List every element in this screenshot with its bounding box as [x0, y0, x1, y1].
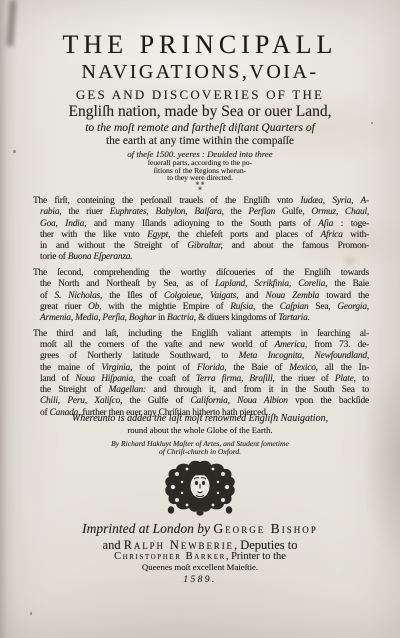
paragraph-part-third: The third and laſt, including the Engliſ… [33, 329, 369, 419]
text-segment: Mexico, [289, 363, 318, 373]
text-segment: Magellan: [109, 385, 146, 395]
text-segment: Sea, [309, 302, 338, 312]
text-line: ther with the like vnto Egypt, the chief… [33, 230, 369, 241]
text-segment: all the In- [318, 363, 369, 373]
text-segment: with- [343, 230, 369, 240]
byline-line-2: of Chriſt-church in Oxford. [0, 447, 400, 456]
text-segment: Florida, [197, 363, 226, 373]
text-segment: California, Noua Albion [191, 396, 288, 406]
title-line-4: Engliſh nation, made by Sea or ouer Land… [0, 103, 400, 121]
text-segment: the riuer [61, 207, 109, 217]
text-segment: the maine of [40, 363, 101, 373]
text-segment: the chiefeſt ports and places of [170, 230, 320, 240]
addendum-line-1: Whereunto is added the laſt moſt renowme… [0, 413, 400, 424]
text-segment: Colgoieue, Vaigats, [164, 291, 238, 301]
text-segment: Perſian [248, 207, 275, 217]
text-segment: ther with the like vnto [40, 230, 147, 240]
text-segment: in and without the Streight of [40, 241, 187, 251]
summary-paragraphs: The firſt, conteining the perſonall trau… [33, 196, 369, 423]
text-line: of S. Nicholas, the Iſles of Colgoieue, … [33, 291, 369, 302]
text-segment: the [255, 302, 280, 312]
text-segment: Meta Incognita, Newfoundland, [239, 351, 369, 361]
imprint-line-3: Christopher Barker, Printer to the [0, 551, 400, 562]
text-segment: and about the famous Promon- [223, 241, 369, 251]
text-segment: & diuers kingdoms of [196, 313, 278, 323]
imprint-line-4: Queenes moſt excellent Maieſtie. [0, 562, 400, 572]
text-segment: Virginia, [101, 363, 132, 373]
text-segment: Lapland, Scrikfinia, Corelia, [215, 279, 327, 289]
text-line: the North and Northeaſt by Sea, as of La… [33, 279, 369, 290]
text-segment: Iudæa, Syria, A- [300, 196, 369, 206]
text-segment: George Bishop [213, 521, 317, 536]
text-segment: the point of [132, 363, 197, 373]
addendum-line-2: round about the whole Globe of the Earth… [0, 425, 400, 435]
text-line: The third and laſt, including the Engliſ… [33, 329, 369, 340]
text-segment: vpon the backſide [288, 396, 369, 406]
text-segment: Christopher Barker [114, 551, 226, 562]
text-segment: toward the [319, 291, 369, 301]
text-segment: Ralph Newberie [124, 538, 234, 552]
text-segment: and [238, 291, 265, 301]
text-segment: Georgia, [337, 302, 369, 312]
text-segment: with the mightie Empire of [101, 302, 230, 312]
text-segment: and many Iſlands adioyning to the South … [86, 219, 318, 229]
text-segment: Noua Zembla [266, 291, 320, 301]
asterism-ornament: ⁎ ⁎ ⁎ [0, 181, 400, 191]
text-line: The firſt, conteining the perſonall trau… [33, 196, 369, 207]
text-segment: Euphrates, Babylon, Balſara, [110, 207, 224, 217]
paragraph-part-first: The firſt, conteining the perſonall trau… [33, 196, 369, 264]
text-line: the maine of Virginia, the point of Flor… [33, 363, 369, 374]
text-line: Armenia, Media, Perſia, Boghar in Bactri… [33, 313, 369, 324]
text-segment: the North and Northeaſt by Sea, as of [40, 279, 215, 289]
text-segment: , Printer to the [226, 551, 286, 562]
text-segment: Ob, [88, 302, 101, 312]
text-segment: from 73. de- [307, 340, 369, 350]
text-line: moſt all the corners of the vaſte and ne… [33, 340, 369, 351]
imprint-date: 1589. [0, 575, 400, 585]
text-line: Goa, India, and many Iſlands adioyning t… [33, 219, 369, 230]
text-segment: and [103, 538, 124, 552]
text-line: land of Noua Hiſpania, the coaſt of Terr… [33, 374, 369, 385]
text-segment: the Gulfe of [122, 396, 190, 406]
text-segment: Tartaria. [278, 313, 309, 323]
imprint-line-1: Imprinted at London by George Bishop [0, 521, 400, 537]
text-segment: Ruſsia, [230, 302, 255, 312]
text-segment: Gibraltar, [187, 241, 222, 251]
paragraph-part-second: The ſecond, comprehending the worthy diſ… [33, 268, 369, 324]
text-segment: moſt all the corners of the vaſte and ne… [40, 340, 275, 350]
text-segment: The ſecond, comprehending the worthy diſ… [33, 268, 369, 278]
text-segment: the Streight of [40, 385, 109, 395]
text-segment: Goa, India, [40, 219, 86, 229]
title-line-6: the earth at any time within the compaſſ… [0, 135, 400, 147]
text-segment: Bactria, [167, 313, 196, 323]
text-segment: in [156, 313, 167, 323]
title-line-3: GES AND DISCOVERIES OF THE [0, 87, 400, 103]
text-segment: Gulfe, [275, 207, 311, 217]
text-segment: Imprinted at London by [82, 521, 213, 536]
text-segment: The third and laſt, including the Engliſ… [33, 329, 369, 339]
text-segment: and through it, and from it in the South… [146, 385, 369, 395]
text-segment: America, [275, 340, 308, 350]
asterism-row-bottom: ⁎ [0, 186, 400, 191]
text-segment: Ormuz, Chaul, [311, 207, 369, 217]
text-line: torie of Buona Eſperanza. [33, 252, 369, 263]
text-segment: the Iſles of [102, 291, 164, 301]
title-page: THE PRINCIPALL NAVIGATIONS,VOIA- GES AND… [0, 0, 400, 638]
text-line: grees of Northerly latitude Southward, t… [33, 351, 369, 362]
text-segment: Armenia, Media, Perſia, Boghar [40, 313, 156, 323]
text-segment: The firſt, conteining the perſonall trau… [33, 196, 300, 206]
text-segment: rabia, [40, 207, 61, 217]
text-segment: torie of [40, 252, 68, 262]
text-segment: great riuer [40, 302, 88, 312]
text-line: Chili, Peru, Xaliſco, the Gulfe of Calif… [33, 396, 369, 407]
text-line: The ſecond, comprehending the worthy diſ… [33, 268, 369, 279]
text-segment: S. Nicholas, [55, 291, 103, 301]
text-segment: of [40, 291, 55, 301]
text-segment: Noua Hiſpania, [75, 374, 135, 384]
text-segment: the [224, 207, 249, 217]
text-line: great riuer Ob, with the mightie Empire … [33, 302, 369, 313]
text-segment: to [356, 374, 369, 384]
title-line-2: NAVIGATIONS,VOIA- [0, 61, 400, 84]
text-segment: Egypt, [147, 230, 170, 240]
text-segment: : toge- [333, 219, 369, 229]
text-segment: Plate, [335, 374, 356, 384]
text-segment: Caſpian [280, 302, 309, 312]
paper-speck [30, 612, 32, 615]
text-segment: Buona Eſperanza. [68, 252, 133, 262]
text-segment: , Deputies to [234, 538, 298, 552]
text-segment: Africa [320, 230, 342, 240]
title-line-5: to the moſt remote and fartheſt diſtant … [0, 122, 400, 134]
text-line: rabia, the riuer Euphrates, Babylon, Bal… [33, 207, 369, 218]
text-segment: the coaſt of [135, 374, 196, 384]
text-segment: the riuer of [275, 374, 335, 384]
text-line: in and without the Streight of Gibraltar… [33, 241, 369, 252]
title-line-1: THE PRINCIPALL [0, 30, 400, 60]
text-segment: Chili, Peru, Xaliſco, [40, 396, 122, 406]
text-segment: the Baie [327, 279, 369, 289]
text-segment: the Baie of [226, 363, 289, 373]
text-segment: grees of Northerly latitude Southward, t… [40, 351, 239, 361]
text-segment: land of [40, 374, 75, 384]
printers-device-mask-ornament-icon [163, 458, 237, 516]
text-line: the Streight of Magellan: and through it… [33, 385, 369, 396]
text-segment: Aſia [318, 219, 333, 229]
text-segment: Terra firma, Braſill, [196, 374, 275, 384]
